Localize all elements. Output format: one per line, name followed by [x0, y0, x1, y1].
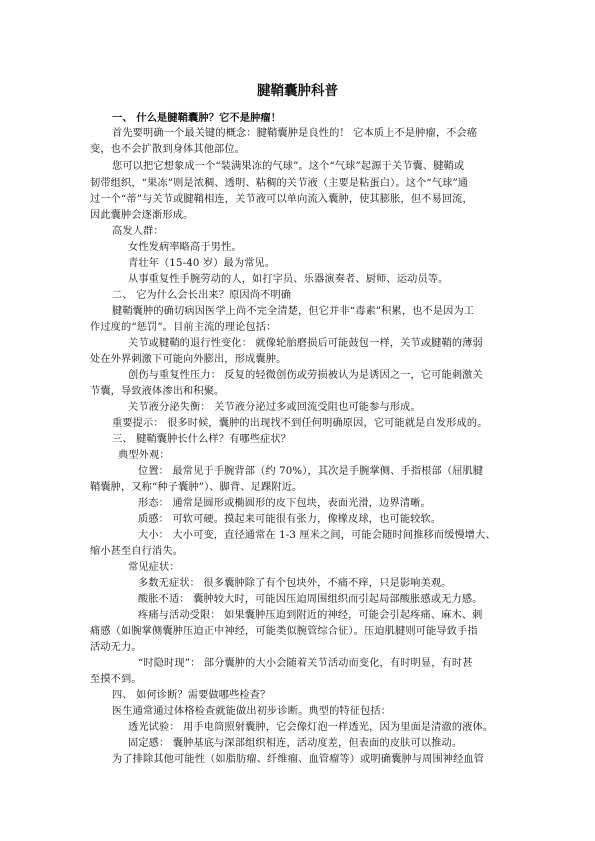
text-line: 高发人群：	[112, 225, 164, 239]
text-line: 重要提示： 很多时候，囊肿的出现找不到任何明确原因，它可能就是自发形成的。	[112, 417, 488, 431]
text-line: 因此囊肿会逐渐形成。	[90, 209, 193, 223]
text-line: 女性发病率略高于男性。	[128, 241, 242, 255]
text-line: 至摸不到。	[90, 673, 142, 687]
text-line: 痛感（如腕掌侧囊肿压迫正中神经，可能类似腕管综合征）。压迫肌腱则可能导致手指	[90, 625, 478, 639]
text-line: 多数无症状： 很多囊肿除了有个包块外，不痛不痒，只是影响美观。	[138, 577, 452, 591]
text-line: 医生通常通过体格检查就能做出初步诊断。典型的特征包括：	[112, 705, 391, 719]
text-line: 透光试验： 用手电筒照射囊肿，它会像灯泡一样透光，因为里面是清澈的液体。	[128, 721, 493, 735]
text-line: “时隐时现”： 部分囊肿的大小会随着关节活动而变化，有时明显，有时甚	[138, 657, 473, 671]
text-line: 创伤与重复性压力： 反复的轻微创伤或劳损被认为是诱因之一，它可能刺激关	[128, 369, 483, 383]
text-line: 疼痛与活动受限： 如果囊肿压迫到附近的神经，可能会引起疼痛、麻木、刺	[138, 609, 483, 623]
text-line: 缩小甚至自行消失。	[90, 545, 183, 559]
text-line: 从事重复性手腕劳动的人，如打字员、乐器演奏者、厨师、运动员等。	[128, 273, 448, 287]
text-line: 作过度的“惩罚”。目前主流的理论包括：	[90, 321, 276, 335]
text-line: 三、 腱鞘囊肿长什么样？有哪些症状？	[112, 433, 291, 447]
text-line: 青壮年（15-40 岁）最为常见。	[128, 257, 275, 271]
section-heading: 一、 什么是腱鞘囊肿？它不是肿瘤！	[112, 112, 281, 126]
text-line: 韧带组织，“果冻”则是浓稠、透明、粘稠的关节液（主要是粘蛋白）。这个“气球”通	[90, 177, 468, 191]
text-line: 关节或腱鞘的退行性变化： 就像轮胎磨损后可能鼓包一样，关节或腱鞘的薄弱	[128, 337, 483, 351]
document-page: 腱鞘囊肿科普 一、 什么是腱鞘囊肿？它不是肿瘤！首先要明确一个最关键的概念：腱鞘…	[0, 0, 595, 841]
text-line: 二、 它为什么会长出来？原因尚不明确	[112, 289, 291, 303]
text-line: 质感： 可软可硬。摸起来可能很有张力，像橡皮球，也可能较软。	[138, 513, 441, 527]
document-title: 腱鞘囊肿科普	[0, 79, 595, 99]
text-line: 鞘囊肿，又称“种子囊肿”）、脚背、足踝附近。	[90, 481, 302, 495]
text-line: 活动无力。	[90, 641, 142, 655]
text-line: 为了排除其他可能性（如脂肪瘤、纤维瘤、血管瘤等）或明确囊肿与周围神经血管	[112, 753, 484, 767]
text-line: 固定感： 囊肿基底与深部组织相连，活动度差，但表面的皮肤可以推动。	[128, 737, 462, 751]
text-line: 位置： 最常见于手腕背部（约 70%），其次是手腕掌侧、手指根部（屈肌腱	[138, 465, 483, 479]
text-line: 形态： 通常是圆形或椭圆形的皮下包块，表面光滑，边界清晰。	[138, 497, 431, 511]
text-line: 关节液分泌失衡： 关节液分泌过多或回流受阻也可能参与形成。	[128, 401, 421, 415]
text-line: 过一个“蒂”与关节或腱鞘相连，关节液可以单向流入囊肿，使其膨胀，但不易回流，	[90, 193, 473, 207]
text-line: 变，也不会扩散到身体其他部位。	[90, 143, 245, 157]
text-line: 首先要明确一个最关键的概念：腱鞘囊肿是良性的！ 它本质上不是肿瘤，不会癌	[112, 127, 477, 141]
text-line: 典型外观：	[118, 449, 170, 463]
text-line: 酸胀不适： 囊肿较大时，可能因压迫周围组织而引起局部酸胀感或无力感。	[138, 593, 483, 607]
text-line: 节囊，导致液体渗出和积聚。	[90, 385, 224, 399]
text-line: 处在外界刺激下可能向外膨出，形成囊肿。	[90, 353, 286, 367]
text-line: 大小： 大小可变，直径通常在 1-3 厘米之间，可能会随时间推移而缓慢增大、	[138, 529, 496, 543]
text-line: 腱鞘囊肿的确切病因医学上尚不完全清楚，但它并非“毒素”积累，也不是因为工	[112, 305, 474, 319]
text-line: 常见症状：	[128, 561, 180, 575]
text-line: 您可以把它想象成一个“装满果冻的气球”。这个“气球”起源于关节囊、腱鞘或	[112, 160, 464, 174]
text-line: 四、 如何诊断？需要做哪些检查？	[112, 689, 270, 703]
